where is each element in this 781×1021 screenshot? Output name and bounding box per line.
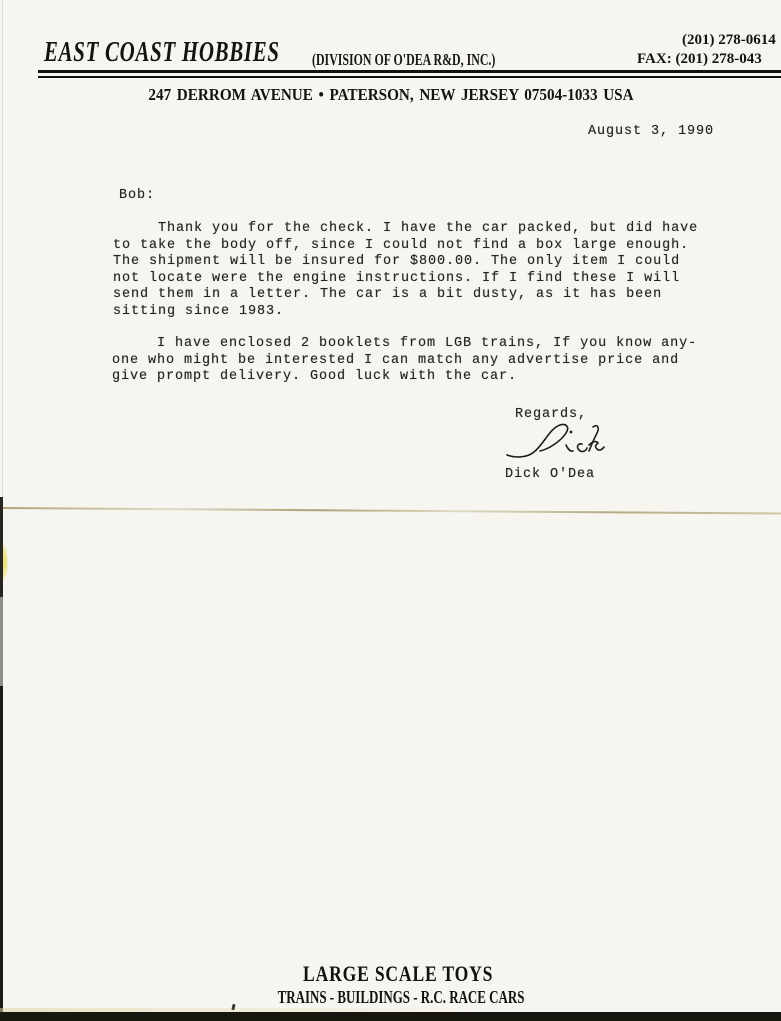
body-paragraph-2: I have enclosed 2 booklets from LGB trai… bbox=[112, 336, 697, 386]
letterhead-rule-thick bbox=[38, 70, 781, 73]
footer-products: TRAINS - BUILDINGS - R.C. RACE CARS bbox=[277, 987, 524, 1008]
company-name: EAST COAST HOBBIES bbox=[44, 36, 280, 69]
scan-edge-left-dark bbox=[0, 497, 3, 597]
scanned-letter-page: EAST COAST HOBBIES (DIVISION OF O'DEA R&… bbox=[0, 0, 781, 1021]
scan-edge-bottom bbox=[0, 1012, 781, 1021]
company-division: (DIVISION OF O'DEA R&D, INC.) bbox=[312, 50, 495, 70]
scan-edge-left-gray bbox=[0, 597, 3, 686]
paper-edge-faint-line bbox=[2, 0, 3, 500]
body-paragraph-1: Thank you for the check. I have the car … bbox=[113, 221, 698, 321]
date-line: August 3, 1990 bbox=[588, 124, 714, 141]
fax-number: FAX: (201) 278-043 bbox=[637, 51, 762, 68]
salutation: Bob: bbox=[119, 188, 155, 205]
signature-handwriting bbox=[495, 417, 615, 472]
phone-number: (201) 278-0614 bbox=[682, 32, 776, 49]
footer-tagline: LARGE SCALE TOYS bbox=[303, 961, 493, 987]
address-line: 247 DERROM AVENUE • PATERSON, NEW JERSEY… bbox=[148, 85, 633, 105]
letterhead-rule-thin bbox=[38, 76, 781, 78]
signed-name: Dick O'Dea bbox=[505, 467, 595, 484]
fold-crease-line bbox=[0, 507, 781, 515]
scan-edge-left-black bbox=[0, 686, 3, 1016]
